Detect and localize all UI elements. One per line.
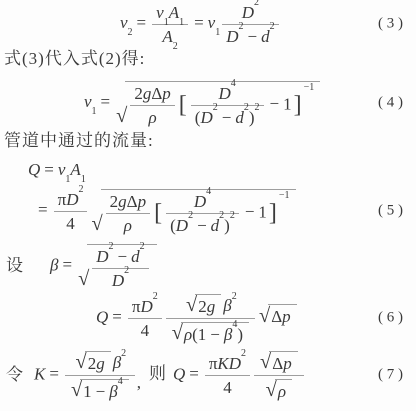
sup-2: 2 <box>230 210 235 221</box>
text-flowrate-row: 管道中通过的流量: <box>0 128 416 155</box>
denominator: ρ <box>130 105 174 126</box>
equals-sign: = <box>40 160 58 179</box>
sub-1: 1 <box>92 106 97 117</box>
fraction-2gdp-over-rho: 2gΔpρ <box>106 193 150 234</box>
radicand: 2gΔpρ[D4(D2−d2)2−1]−1 <box>125 81 320 126</box>
beta-definition-row: 设 β=√D2−d2D2 <box>0 240 416 292</box>
numerator: 2gΔp <box>130 85 174 105</box>
tok-rho: ρ <box>124 216 132 235</box>
equation-5-row: =πD24√2gΔpρ[D4(D2−d2)2−1]−1 ( 5 ) <box>0 182 416 240</box>
tok-2: 2 <box>134 84 143 103</box>
equation-number-7: ( 7 ) <box>378 367 403 384</box>
minus-sign: − <box>92 382 110 401</box>
tok-A: A <box>169 3 179 22</box>
numerator: πD2 <box>128 298 162 318</box>
tok-beta: β <box>223 296 231 315</box>
numerator: D4 <box>191 85 264 105</box>
tok-beta: β <box>109 382 117 401</box>
equals-sign: = <box>45 364 63 383</box>
radicand: 2g <box>85 351 111 372</box>
tok-v: v <box>120 13 128 32</box>
equation-4: v1=√2gΔpρ[D4(D2−d2)2−1]−1 <box>84 81 322 126</box>
denominator: 4 <box>128 318 162 339</box>
square-root: √2gΔpρ[D4(D2−d2)2−1]−1 <box>116 81 320 126</box>
tok-rho: ρ <box>278 382 286 401</box>
sup-2: 2 <box>239 21 244 32</box>
sub-2: 2 <box>128 27 133 38</box>
square-root-2g: √2g <box>75 351 110 372</box>
sup-4: 4 <box>231 78 236 89</box>
tok-1: 1 <box>283 94 292 113</box>
fraction-piD2-over-4: πD24 <box>54 191 88 232</box>
denominator: √1−β4 <box>65 375 135 400</box>
numerator: πD2 <box>54 191 88 211</box>
fraction-piD2-over-4: πD24 <box>128 298 162 339</box>
tok-g: g <box>118 192 127 211</box>
tok-g: g <box>207 297 216 316</box>
sup-2: 2 <box>188 210 193 221</box>
minus-sign: − <box>218 108 236 127</box>
tok-1: 1 <box>258 202 267 221</box>
tok-D: D <box>112 271 124 290</box>
denominator: 4 <box>205 375 250 396</box>
minus-sign: − <box>206 325 224 344</box>
tok-A: A <box>162 27 172 46</box>
equation-number-6: ( 6 ) <box>378 310 403 327</box>
tok-v: v <box>84 92 92 111</box>
numerator: v1A1 <box>152 4 188 24</box>
radicand: ρ <box>275 379 292 400</box>
numerator: √2gβ2 <box>166 294 255 318</box>
tok-D: D <box>242 3 254 22</box>
tok-D: D <box>200 108 212 127</box>
left-bracket: [ <box>152 200 164 226</box>
right-paren: ) <box>237 325 243 344</box>
tok-D: D <box>66 190 78 209</box>
comma: , <box>137 373 141 392</box>
equals-sign: = <box>108 307 126 326</box>
square-root-rho: √ρ <box>266 379 292 400</box>
radicand: Δp <box>269 351 297 372</box>
right-paren: ) <box>224 216 230 235</box>
numerator: 2gΔp <box>106 193 150 213</box>
beta-definition: β=√D2−d2D2 <box>50 244 159 289</box>
fraction-piKD2-over-4: πKD24 <box>205 355 250 396</box>
var-A1: A1 <box>70 161 85 178</box>
var-v2: v2 <box>120 14 133 31</box>
radicand: Δp <box>268 304 296 325</box>
sup-2: 2 <box>153 291 158 302</box>
sup-2: 2 <box>121 348 126 359</box>
tok-A: A <box>70 160 80 179</box>
denominator: √ρ(1−β4) <box>166 318 255 343</box>
minus-sign: − <box>244 27 262 46</box>
right-paren: ) <box>249 108 255 127</box>
tok-d: d <box>235 108 244 127</box>
equation-7: K=√2gβ2√1−β4,则Q=πKD24√Δp√ρ <box>34 351 306 400</box>
sup-neg1: −1 <box>279 190 290 201</box>
tok-pi: π <box>58 190 67 209</box>
var-v1: v1 <box>58 161 71 178</box>
tok-Q: Q <box>28 160 40 179</box>
tok-2: 2 <box>88 354 97 373</box>
equals-sign: = <box>133 13 151 32</box>
text-flowrate: 管道中通过的流量: <box>4 130 154 152</box>
radicand: D2−d2D2 <box>87 244 156 289</box>
var-beta2: β2 <box>223 297 236 314</box>
radicand: 1−β4 <box>80 379 129 400</box>
minus-sign: − <box>193 216 211 235</box>
right-bracket: ] <box>292 92 304 118</box>
radicand: ρ(1−β4) <box>181 322 249 343</box>
tok-p: p <box>138 192 147 211</box>
numerator: √2gβ2 <box>65 351 135 375</box>
sup-4: 4 <box>206 186 211 197</box>
tok-D: D <box>140 297 152 316</box>
tok-beta: β <box>113 353 121 372</box>
tok-g: g <box>96 354 105 373</box>
fraction-sqrtdp-over-sqrtrho: √Δp√ρ <box>254 351 304 400</box>
square-root-dp: √Δp <box>260 351 298 372</box>
equation-6: Q=πD24√2gβ2√ρ(1−β4)√Δp <box>96 294 299 343</box>
denominator: ρ <box>106 213 150 234</box>
paper-page: v2=v1A1A2=v1D2D2−d2 ( 3 ) 式(3)代入式(2)得: v… <box>0 0 416 411</box>
equals-sign: = <box>34 200 52 219</box>
sub-1: 1 <box>215 27 220 38</box>
equation-number-4: ( 4 ) <box>378 95 403 112</box>
equation-7-row: 令 K=√2gβ2√1−β4,则Q=πKD24√Δp√ρ ( 7 ) <box>0 346 416 404</box>
tok-D: D <box>226 27 238 46</box>
sup-2: 2 <box>124 265 129 276</box>
equation-5-line1: Q=v1A1 <box>28 161 86 178</box>
tok-delta: Δ <box>272 354 283 373</box>
sub-1: 1 <box>164 17 169 28</box>
tok-p: p <box>162 84 171 103</box>
denominator: 4 <box>54 211 88 232</box>
tok-d: d <box>261 27 270 46</box>
radicand: 2g <box>195 294 221 315</box>
equation-3-row: v2=v1A1A2=v1D2D2−d2 ( 3 ) <box>0 3 416 45</box>
tok-rho: ρ <box>184 325 192 344</box>
tok-4: 4 <box>223 378 232 397</box>
minus-sign: − <box>241 202 259 221</box>
tok-D: D <box>176 216 188 235</box>
equation-5-line1-row: Q=v1A1 <box>0 156 416 182</box>
numerator: D2−d2 <box>92 248 148 268</box>
fraction-D2-d2-over-D2: D2−d2D2 <box>92 248 148 289</box>
equation-4-row: v1=√2gΔpρ[D4(D2−d2)2−1]−1 ( 4 ) <box>0 74 416 132</box>
sup-2: 2 <box>232 291 237 302</box>
tok-p: p <box>283 354 292 373</box>
left-bracket: [ <box>177 92 189 118</box>
var-v1: v1 <box>208 14 221 31</box>
var-beta2: β2 <box>113 354 126 371</box>
text-substitution-row: 式(3)代入式(2)得: <box>0 46 416 72</box>
right-bracket: ] <box>267 200 279 226</box>
tok-D: D <box>194 192 206 211</box>
sup-2: 2 <box>213 102 218 113</box>
text-ling: 令 <box>6 364 24 386</box>
equation-6-row: Q=πD24√2gβ2√ρ(1−β4)√Δp ( 6 ) <box>0 292 416 344</box>
fraction-sqrt2g-beta2-over-sqrt-rho: √2gβ2√ρ(1−β4) <box>166 294 255 343</box>
tok-D: D <box>229 354 241 373</box>
denominator: (D2−d2)2 <box>166 213 239 234</box>
denominator: D2−d2 <box>222 24 278 45</box>
numerator: D4 <box>166 193 239 213</box>
tok-d: d <box>211 216 220 235</box>
tok-D: D <box>96 247 108 266</box>
square-root-dp: √Δp <box>259 304 297 325</box>
sup-2: 2 <box>241 348 246 359</box>
fraction-K-definition: √2gβ2√1−β4 <box>65 351 135 400</box>
equals-sign: = <box>190 13 208 32</box>
equation-number-5: ( 5 ) <box>378 203 403 220</box>
sup-4: 4 <box>232 319 237 330</box>
square-root: √D2−d2D2 <box>78 244 157 289</box>
var-v1: v1 <box>84 93 97 110</box>
tok-K: K <box>217 354 228 373</box>
sup-4: 4 <box>118 376 123 387</box>
denominator: (D2−d2)2 <box>191 105 264 126</box>
minus-sign: − <box>266 94 284 113</box>
tok-p: p <box>282 307 291 326</box>
tok-4: 4 <box>141 321 150 340</box>
tok-delta: Δ <box>271 307 282 326</box>
tok-delta: Δ <box>127 192 138 211</box>
square-root-rho-term: √ρ(1−β4) <box>172 322 249 343</box>
numerator: √Δp <box>254 351 304 375</box>
sup-2: 2 <box>78 184 83 195</box>
square-root-2g: √2g <box>186 294 221 315</box>
tok-D: D <box>219 84 231 103</box>
text-she: 设 <box>6 255 24 277</box>
tok-2: 2 <box>198 297 207 316</box>
tok-Q: Q <box>96 307 108 326</box>
fraction-D4-over-D2-d2-sq: D4(D2−d2)2 <box>191 85 264 126</box>
sup-2: 2 <box>254 0 259 8</box>
fraction-2gdp-over-rho: 2gΔpρ <box>130 85 174 126</box>
tok-v: v <box>156 3 164 22</box>
sup-2: 2 <box>244 102 249 113</box>
radicand: 2gΔpρ[D4(D2−d2)2−1]−1 <box>101 189 296 234</box>
sub-1: 1 <box>179 17 184 28</box>
tok-rho: ρ <box>148 108 156 127</box>
tok-4: 4 <box>66 214 75 233</box>
sup-2: 2 <box>255 102 260 113</box>
fraction-v1A1-over-A2: v1A1A2 <box>152 4 188 45</box>
equation-5: =πD24√2gΔpρ[D4(D2−d2)2−1]−1 <box>34 189 298 234</box>
sup-2: 2 <box>140 241 145 252</box>
denominator: D2 <box>92 268 148 289</box>
tok-delta: Δ <box>151 84 162 103</box>
text-substitution: 式(3)代入式(2)得: <box>4 48 145 70</box>
numerator: πKD2 <box>205 355 250 375</box>
sup-2: 2 <box>219 210 224 221</box>
square-root: √2gΔpρ[D4(D2−d2)2−1]−1 <box>91 189 295 234</box>
equals-sign: = <box>97 92 115 111</box>
sup-2: 2 <box>109 241 114 252</box>
minus-sign: − <box>114 247 132 266</box>
equation-3: v2=v1A1A2=v1D2D2−d2 <box>120 4 281 45</box>
equals-sign: = <box>185 364 203 383</box>
tok-K: K <box>34 364 45 383</box>
fraction-D2-over-D2-d2: D2D2−d2 <box>222 4 278 45</box>
tok-1: 1 <box>83 382 92 401</box>
sup-neg1: −1 <box>304 82 315 93</box>
tok-d: d <box>131 247 140 266</box>
denominator: √ρ <box>254 375 304 400</box>
fraction-D4-over-D2-d2-sq: D4(D2−d2)2 <box>166 193 239 234</box>
tok-Q: Q <box>173 364 185 383</box>
sup-2: 2 <box>270 21 275 32</box>
equals-sign: = <box>58 255 76 274</box>
text-ze: 则 <box>149 364 167 383</box>
equation-number-3: ( 3 ) <box>378 16 403 33</box>
square-root-1-beta4: √1−β4 <box>71 379 129 400</box>
tok-2: 2 <box>110 192 119 211</box>
